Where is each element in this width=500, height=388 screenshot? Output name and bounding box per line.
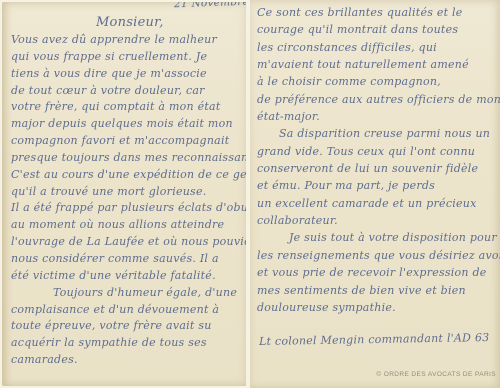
letter-line: presque toujours dans mes reconnaissance… (11, 150, 242, 167)
letter-line: tiens à vous dire que je m'associe (11, 66, 242, 83)
letter-line: Sa disparition creuse parmi nous un (257, 125, 498, 142)
letter-line: nous considérer comme sauvés. Il a (11, 251, 242, 268)
letter-line: et ému. Pour ma part, je perds (257, 177, 498, 194)
letter-line: qu'il a trouvé une mort glorieuse. (11, 184, 242, 201)
letter-line: major depuis quelques mois était mon (11, 116, 242, 133)
letter-date: 21 Novembre (174, 2, 246, 10)
letter-line: été victime d'une véritable fatalité. (11, 268, 242, 285)
letter-line: état-major. (257, 108, 498, 125)
letter-line: grand vide. Tous ceux qui l'ont connu (257, 143, 498, 160)
letter-line: Je suis tout à votre disposition pour (257, 229, 498, 246)
letter-line: Toujours d'humeur égale, d'une (11, 285, 242, 302)
letter-line: acquérir la sympathie de tous ses (11, 335, 242, 352)
letter-body-left: Vous avez dû apprendre le malheur qui vo… (11, 32, 242, 369)
letter-line: au moment où nous allions atteindre (11, 217, 242, 234)
letter-line: camarades. (11, 352, 242, 369)
letter-line: les renseignements que vous désiriez avo… (257, 247, 498, 264)
letter-line: Ce sont ces brillantes qualités et le (257, 4, 498, 21)
letter-line: les circonstances difficiles, qui (257, 39, 498, 56)
letter-line: toute épreuve, votre frère avait su (11, 318, 242, 335)
letter-line: Il a été frappé par plusieurs éclats d'o… (11, 200, 242, 217)
letter-line: compagnon favori et m'accompagnait (11, 133, 242, 150)
letter-line: C'est au cours d'une expédition de ce ge… (11, 167, 242, 184)
letter-line: collaborateur. (257, 212, 498, 229)
letter-scan: 21 Novembre Monsieur, Vous avez dû appre… (0, 0, 500, 388)
letter-salutation: Monsieur, (96, 15, 164, 30)
letter-line: l'ouvrage de La Laufée et où nous pouvio… (11, 234, 242, 251)
letter-line: votre frère, qui comptait à mon état (11, 99, 242, 116)
letter-line: mes sentiments de bien vive et bien (257, 282, 498, 299)
letter-line: et vous prie de recevoir l'expression de (257, 264, 498, 281)
copyright-watermark: © ORDRE DES AVOCATS DE PARIS (376, 371, 496, 378)
signature-line: Lt colonel Mengin commandant l'AD 63 (259, 331, 490, 348)
letter-line: courage qu'il montrait dans toutes (257, 21, 498, 38)
letter-page-right: Ce sont ces brillantes qualités et le co… (250, 0, 500, 388)
letter-line: douloureuse sympathie. (257, 299, 498, 316)
letter-line: complaisance et d'un dévouement à (11, 302, 242, 319)
letter-line: qui vous frappe si cruellement. Je (11, 49, 242, 66)
letter-line: de tout cœur à votre douleur, car (11, 83, 242, 100)
letter-line: m'avaient tout naturellement amené (257, 56, 498, 73)
letter-line: à le choisir comme compagnon, (257, 73, 498, 90)
letter-page-left: 21 Novembre Monsieur, Vous avez dû appre… (2, 2, 246, 386)
letter-line: conserveront de lui un souvenir fidèle (257, 160, 498, 177)
letter-line: Vous avez dû apprendre le malheur (11, 32, 242, 49)
letter-line: de préférence aux autres officiers de mo… (257, 91, 498, 108)
letter-body-right: Ce sont ces brillantes qualités et le co… (257, 4, 498, 316)
letter-line: un excellent camarade et un précieux (257, 195, 498, 212)
